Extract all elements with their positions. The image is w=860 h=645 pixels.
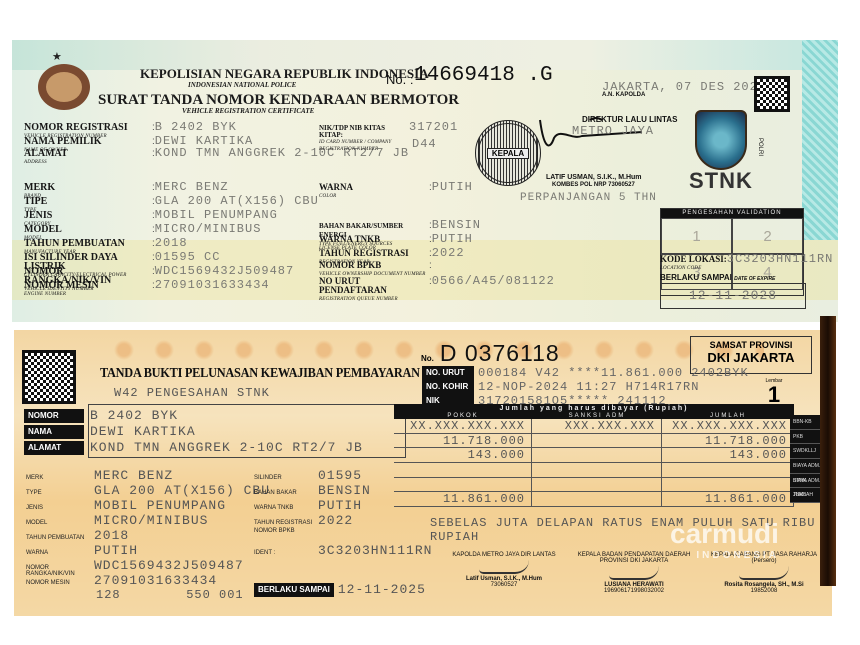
meta-label: NO. URUT xyxy=(422,366,474,380)
payment-cell-jumlah: 11.861.000 xyxy=(662,492,794,506)
field-sublabel: ADDRESS xyxy=(24,158,152,167)
vehicle-label: TAHUN REGISTRASI xyxy=(254,520,314,526)
vehicle-value: WDC1569432J509487 xyxy=(94,558,244,573)
vehicle-label: NOMOR MESIN xyxy=(26,580,92,586)
payment-cell-pokok: 11.861.000 xyxy=(394,492,532,506)
owner-label: NAMA PEMILIK xyxy=(24,425,84,439)
payment-cell-jumlah: XX.XXX.XXX.XXX xyxy=(662,419,794,433)
payment-cell-pokok xyxy=(394,478,532,492)
payment-cell-jumlah xyxy=(662,478,794,492)
payment-cell-pokok: XX.XXX.XXX.XXX xyxy=(394,419,532,433)
field-value: 0566/A45/081122 xyxy=(432,274,555,288)
vehicle-row: TYPEGLA 200 AT(X156) CBU xyxy=(26,483,270,498)
vehicle-value: MOBIL PENUMPANG xyxy=(94,498,226,513)
vehicle-value: BENSIN xyxy=(318,483,371,498)
field-value: WDC1569432J509487 xyxy=(155,264,294,278)
payment-row: 11.718.00011.718.000 xyxy=(394,434,794,449)
field-value: MERC BENZ xyxy=(155,180,229,194)
payment-row: 11.861.00011.861.000 xyxy=(394,492,794,507)
owner-row: ALAMATKOND TMN ANGGREK 2-10C RT2/7 JB xyxy=(24,440,363,455)
receipt-expiry: BERLAKU SAMPAI 12-11-2025 xyxy=(254,582,426,597)
field-value: PUTIH xyxy=(432,180,473,194)
field-value: 2018 xyxy=(155,236,188,250)
signatory-id: 19852008 xyxy=(704,588,824,594)
owner-row: NOMOR POLISIB 2402 BYK xyxy=(24,408,178,423)
location-code: KODE LOKASI: LOCATION CODE 3C3203HN111RN xyxy=(660,252,833,273)
field-label: WARNA TNKB xyxy=(319,234,380,244)
receipt-qr-code-icon xyxy=(22,350,76,404)
vehicle-value: MICRO/MINIBUS xyxy=(94,513,208,528)
vehicle-value: MERC BENZ xyxy=(94,468,173,483)
qr-code-icon xyxy=(754,76,790,112)
stnk-certificate: ★★★ KEPOLISIAN NEGARA REPUBLIK INDONESIA… xyxy=(12,40,838,322)
field-value: B 2402 BYK xyxy=(155,120,237,134)
vehicle-row: WARNAPUTIH xyxy=(26,543,138,558)
polri-shield-icon xyxy=(695,110,747,170)
payment-cell-sanksi: XXX.XXX.XXX xyxy=(532,419,662,433)
signature-mark xyxy=(479,560,529,574)
vehicle-row-right: WARNA TNKBPUTIH xyxy=(254,498,362,513)
field-label: TAHUN REGISTRASI xyxy=(319,248,409,258)
director-title: DIREKTUR LALU LINTAS xyxy=(582,115,677,124)
payment-cell-jumlah xyxy=(662,463,794,477)
metro-jaya: METRO JAYA xyxy=(572,124,654,138)
payment-cell-sanksi xyxy=(532,448,662,462)
meta-label: NO. KOHIR xyxy=(422,380,474,394)
vehicle-label: TAHUN PEMBUATAN xyxy=(26,535,92,541)
vehicle-label: JENIS xyxy=(26,505,92,511)
payment-cell-jumlah: 143.000 xyxy=(662,448,794,462)
payment-table: Jumlah yang harus dibayar (Rupiah) POKOK… xyxy=(394,404,794,507)
field-sublabel: COLOR xyxy=(319,192,429,201)
expiry-label: BERLAKU SAMPAI DATE OF EXPIRE xyxy=(660,273,775,282)
tax-receipt: TANDA BUKTI PELUNASAN KEWAJIBAN PEMBAYAR… xyxy=(14,330,832,616)
receipt-number: No. D 0376118 xyxy=(421,340,560,367)
vehicle-label: MODEL xyxy=(26,520,92,526)
vehicle-value: 3C3203HN111RN xyxy=(318,543,432,558)
receipt-edge-strip xyxy=(820,316,836,586)
payment-row: XX.XXX.XXX.XXXXXX.XXX.XXXXX.XXX.XXX.XXX xyxy=(394,419,794,434)
payment-row: 143.000143.000 xyxy=(394,448,794,463)
nik-value: 317201 xyxy=(409,120,458,134)
signature-mark xyxy=(739,566,789,580)
field-label: NOMOR BPKB xyxy=(319,260,381,270)
payment-cell-jumlah: 11.718.000 xyxy=(662,434,794,448)
field-value: 01595 CC xyxy=(155,250,221,264)
field-value: 27091031633434 xyxy=(155,278,270,292)
vehicle-value: 2018 xyxy=(94,528,129,543)
owner-value: B 2402 BYK xyxy=(90,408,178,423)
payment-cell-pokok: 143.000 xyxy=(394,448,532,462)
owner-row: NAMA PEMILIKDEWI KARTIKA xyxy=(24,424,196,439)
owner-label: NOMOR POLISI xyxy=(24,409,84,423)
police-emblem-icon xyxy=(38,64,90,110)
field-sublabel: ENGINE NUMBER xyxy=(24,290,152,299)
validation-cell-1: 1 xyxy=(661,218,732,254)
stnk-field: NOMOR MESINENGINE NUMBER: 27091031633434 xyxy=(24,278,270,299)
signatory-id: 73060527 xyxy=(444,582,564,588)
payment-cell-sanksi xyxy=(532,463,662,477)
payment-cell-sanksi xyxy=(532,492,662,506)
vehicle-label: SILINDER xyxy=(254,475,314,481)
meta-row: NO. KOHIR12-NOP-2024 11:27 H714R17RN xyxy=(422,380,699,394)
vehicle-value: 01595 xyxy=(318,468,362,483)
vehicle-row: MODELMICRO/MINIBUS xyxy=(26,513,208,528)
field-label: NO URUT PENDAFTARAN xyxy=(319,276,387,295)
field-value: PUTIH xyxy=(432,232,473,246)
payment-row xyxy=(394,463,794,478)
an-kapolda: A.N. KAPOLDA xyxy=(602,92,645,98)
vehicle-row-right: SILINDER01595 xyxy=(254,468,362,483)
owner-value: DEWI KARTIKA xyxy=(90,424,196,439)
nik-value-2: D44 xyxy=(412,137,437,151)
payment-row xyxy=(394,478,794,493)
perpanjangan-text: PERPANJANGAN 5 THN xyxy=(520,192,657,204)
security-pattern xyxy=(802,40,838,240)
payment-cell-sanksi xyxy=(532,478,662,492)
signatory-org: KAPOLDA METRO JAYA DIR LANTAS xyxy=(444,552,564,558)
field-value: MOBIL PENUMPANG xyxy=(155,208,278,222)
field-value: MICRO/MINIBUS xyxy=(155,222,262,236)
vehicle-row-right: TAHUN REGISTRASI2022 xyxy=(254,513,353,528)
signer-name: LATIF USMAN, S.I.K., M.Hum xyxy=(546,174,642,181)
owner-label: ALAMAT xyxy=(24,441,84,455)
validation-cell-2: 2 xyxy=(732,218,803,254)
vehicle-label: WARNA TNKB xyxy=(254,505,314,511)
agency-name-en: INDONESIAN NATIONAL POLICE xyxy=(188,81,296,89)
field-value: GLA 200 AT(X156) CBU xyxy=(155,194,319,208)
vehicle-label: BAHAN BAKAR xyxy=(254,490,314,496)
signer-rank: KOMBES POL NRP 73060527 xyxy=(552,182,635,188)
vehicle-label: TYPE xyxy=(26,490,92,496)
vehicle-value: 27091031633434 xyxy=(94,573,217,588)
vehicle-value: PUTIH xyxy=(94,543,138,558)
payment-cell-pokok xyxy=(394,463,532,477)
nik-label: NIK/TDP NIB KITAS KITAP: xyxy=(319,124,385,139)
location-code-value: 3C3203HN111RN xyxy=(727,252,834,266)
owner-value: KOND TMN ANGGREK 2-10C RT2/7 JB xyxy=(90,440,363,455)
vehicle-row: MERKMERC BENZ xyxy=(26,468,173,483)
field-value: BENSIN xyxy=(432,218,481,232)
signatory-id: 196906171998032002 xyxy=(574,588,694,594)
nik-sublabel: ID CARD NUMBER / COMPANY REGISTRATION NU… xyxy=(319,139,409,153)
receipt-subtitle: W42 PENGESAHAN STNK xyxy=(114,386,270,400)
validation-header: PENGESAHAN VALIDATION xyxy=(661,209,803,218)
document-number-label: No. : xyxy=(386,72,413,87)
vehicle-value: 2022 xyxy=(318,513,353,528)
signatory: KAPOLDA METRO JAYA DIR LANTASLatif Usman… xyxy=(444,552,564,588)
vehicle-row: JENISMOBIL PENUMPANG xyxy=(26,498,226,513)
vehicle-value: PUTIH xyxy=(318,498,362,513)
vehicle-row-right: NOMOR BPKB xyxy=(254,528,318,534)
meta-value: 000184 V42 ****11.861.000 2402BYK xyxy=(478,366,749,380)
vehicle-label: MERK xyxy=(26,475,92,481)
polri-text: POLRI xyxy=(757,138,763,156)
stnk-field-right: NO URUT PENDAFTARANREGISTRATION QUEUE NU… xyxy=(319,274,555,304)
signature-mark xyxy=(609,566,659,580)
vehicle-row: NOMOR MESIN27091031633434 xyxy=(26,573,217,588)
stnk-field-right: WARNACOLOR: PUTIH xyxy=(319,180,473,201)
extra-line: 128 550 001 xyxy=(96,588,244,602)
nik-field: NIK/TDP NIB KITAS KITAP: ID CARD NUMBER … xyxy=(319,120,458,153)
vehicle-row: TAHUN PEMBUATAN2018 xyxy=(26,528,129,543)
field-label: WARNA xyxy=(319,182,353,192)
receipt-title: TANDA BUKTI PELUNASAN KEWAJIBAN PEMBAYAR… xyxy=(100,366,420,382)
payment-cell-sanksi xyxy=(532,434,662,448)
document-title-en: VEHICLE REGISTRATION CERTIFICATE xyxy=(182,107,314,115)
expiry-date: 12-11-2028 xyxy=(660,283,806,309)
vehicle-row-right: BAHAN BAKARBENSIN xyxy=(254,483,371,498)
meta-row: NO. URUT000184 V42 ****11.861.000 2402BY… xyxy=(422,366,749,380)
vehicle-row-right: IDENT :3C3203HN111RN xyxy=(254,543,432,558)
vehicle-label: NOMOR BPKB xyxy=(254,528,314,534)
meta-value: 12-NOP-2024 11:27 H714R17RN xyxy=(478,380,699,394)
payment-cell-pokok: 11.718.000 xyxy=(394,434,532,448)
vehicle-label: WARNA xyxy=(26,550,92,556)
vehicle-label: IDENT : xyxy=(254,550,314,556)
stnk-logo-text: STNK xyxy=(689,168,753,194)
document-number: 14669418 .G xyxy=(414,64,553,87)
carmudi-watermark: carmudi INDONESIA xyxy=(670,518,779,561)
vehicle-value: GLA 200 AT(X156) CBU xyxy=(94,483,270,498)
field-value: 2022 xyxy=(432,246,465,260)
field-sublabel: REGISTRATION QUEUE NUMBER xyxy=(319,295,429,304)
